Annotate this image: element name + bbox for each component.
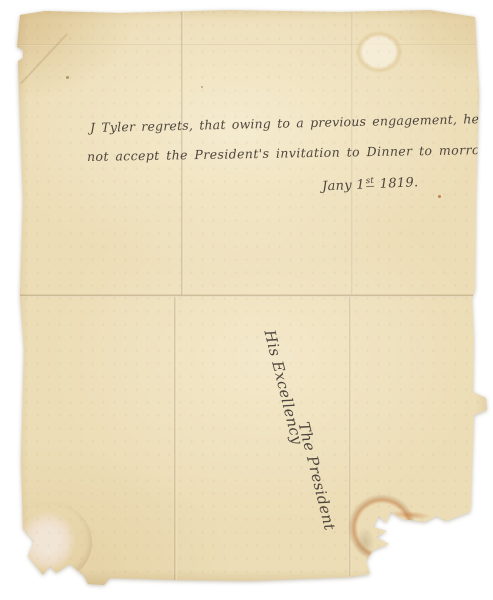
letter-date: Jany 1st 1819. — [322, 174, 419, 195]
paper-speck — [66, 76, 69, 79]
letter-body-line-1: J Tyler regrets, that owing to a previou… — [90, 110, 493, 135]
tear-rust-stain — [344, 490, 420, 566]
corner-crease — [20, 33, 68, 84]
letter-sheet-wrapper: J Tyler regrets, that owing to a previou… — [0, 0, 493, 600]
address-line-the-president: The President — [295, 420, 339, 532]
paper-aging-vignette — [10, 6, 492, 590]
fold-line-vertical-lower-left — [174, 297, 177, 581]
tear-shadow-smudge — [352, 522, 378, 562]
fold-line-horizontal-center — [10, 294, 492, 297]
water-ring-stain — [350, 26, 408, 78]
photo-background: J Tyler regrets, that owing to a previou… — [0, 0, 493, 600]
seal-residue-stain — [12, 502, 92, 580]
fold-line-horizontal-top — [10, 44, 492, 46]
letter-sheet: J Tyler regrets, that owing to a previou… — [10, 6, 492, 590]
paper-speck-red — [438, 195, 441, 198]
paper-speck — [201, 86, 203, 88]
date-ordinal-superscript: st — [366, 176, 375, 187]
letter-body-line-2: not accept the President's invitation to… — [87, 142, 491, 164]
tear-rust-streak — [388, 509, 432, 520]
date-suffix: 1819. — [375, 175, 419, 192]
date-prefix: Jany 1 — [322, 178, 366, 195]
fold-line-vertical-lower-right — [349, 297, 352, 576]
